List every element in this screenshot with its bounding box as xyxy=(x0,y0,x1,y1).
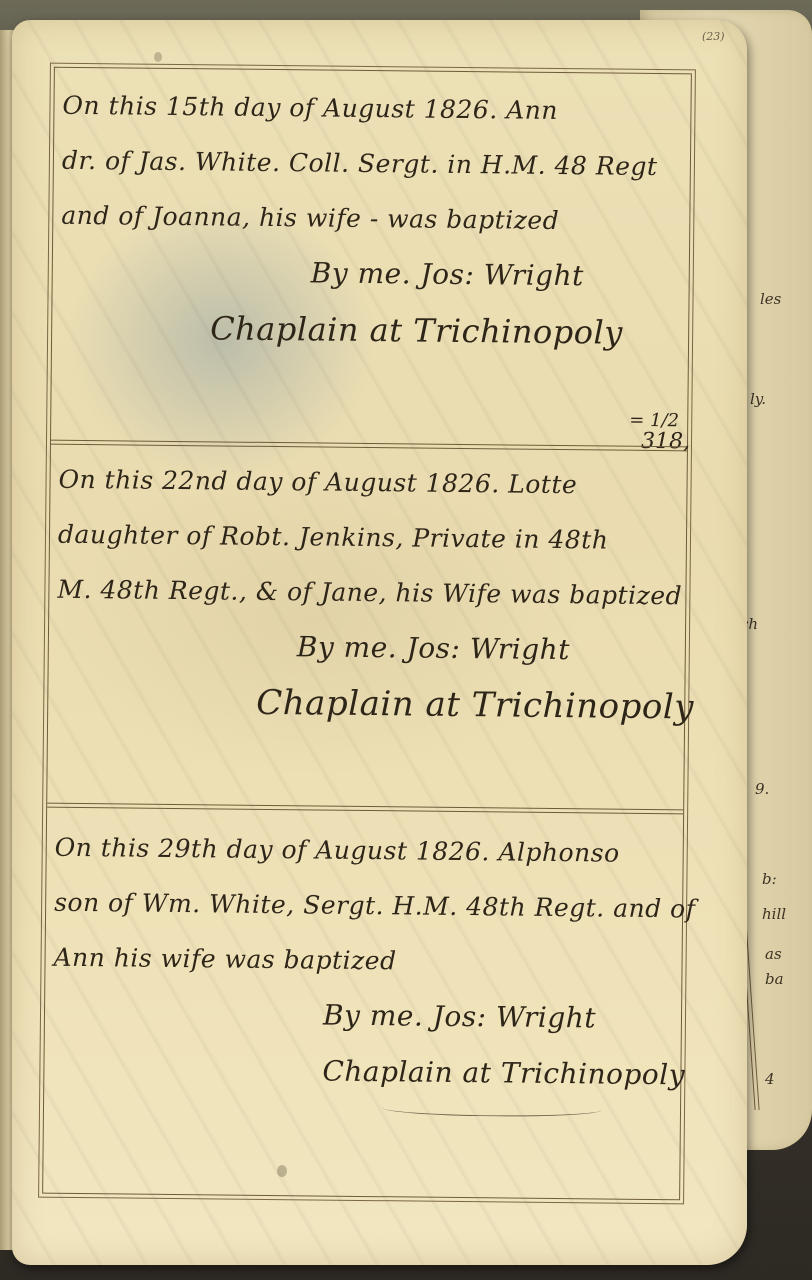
baptism-entry-3: On this 29th day of August 1826. Alphons… xyxy=(52,820,673,1118)
leaf-fragment: les xyxy=(760,290,781,308)
leaf-fragment: ba xyxy=(765,970,784,988)
signature-title: Chaplain at Trichinopoly xyxy=(52,1041,671,1103)
leaf-fragment: 9. xyxy=(755,780,769,798)
register-page: (23) On this 15th day of August 1826. An… xyxy=(12,20,747,1265)
entry-line: and of Joanna, his wife - was baptized xyxy=(61,188,680,249)
entry-line: M. 48th Regt., & of Jane, his Wife was b… xyxy=(57,562,676,623)
ink-spot xyxy=(154,52,162,62)
ink-spot xyxy=(277,1165,287,1177)
signature-title: Chaplain at Trichinopoly xyxy=(56,673,675,735)
entry-divider xyxy=(51,440,687,452)
signature-by-line: By me. Jos: Wright xyxy=(60,243,679,305)
entry-line: Ann his wife was baptized xyxy=(53,930,672,991)
signature-by-line: By me. Jos: Wright xyxy=(53,985,672,1047)
signature-title: Chaplain at Trichinopoly xyxy=(60,299,679,361)
register-frame: On this 15th day of August 1826. Ann dr.… xyxy=(42,67,692,1201)
entry-divider xyxy=(47,803,683,815)
baptism-entry-2: On this 22nd day of August 1826. Lotte d… xyxy=(56,452,677,735)
entry-line: On this 15th day of August 1826. Ann xyxy=(62,78,681,139)
photo-scene: les ly. ge otte ch 9. b: hill as ba 4 (2… xyxy=(0,0,812,1280)
leaf-fragment: as xyxy=(765,945,782,963)
entry-line: son of Wm. White, Sergt. H.M. 48th Regt.… xyxy=(54,875,673,936)
corner-reference: (23) xyxy=(702,30,725,43)
leaf-fragment: b: xyxy=(762,870,777,888)
leaf-fragment: ly. xyxy=(750,390,766,408)
entry-line: On this 29th day of August 1826. Alphons… xyxy=(54,820,673,881)
signature-by-line: By me. Jos: Wright xyxy=(57,617,676,679)
baptism-entry-1: On this 15th day of August 1826. Ann dr.… xyxy=(60,78,681,361)
leaf-fragment: hill xyxy=(762,905,786,923)
entry-line: On this 22nd day of August 1826. Lotte xyxy=(58,452,677,513)
entry-line: daughter of Robt. Jenkins, Private in 48… xyxy=(58,507,677,568)
leaf-fragment: 4 xyxy=(765,1070,775,1088)
entry-line: dr. of Jas. White. Coll. Sergt. in H.M. … xyxy=(62,133,681,194)
signature-flourish xyxy=(382,1100,602,1117)
